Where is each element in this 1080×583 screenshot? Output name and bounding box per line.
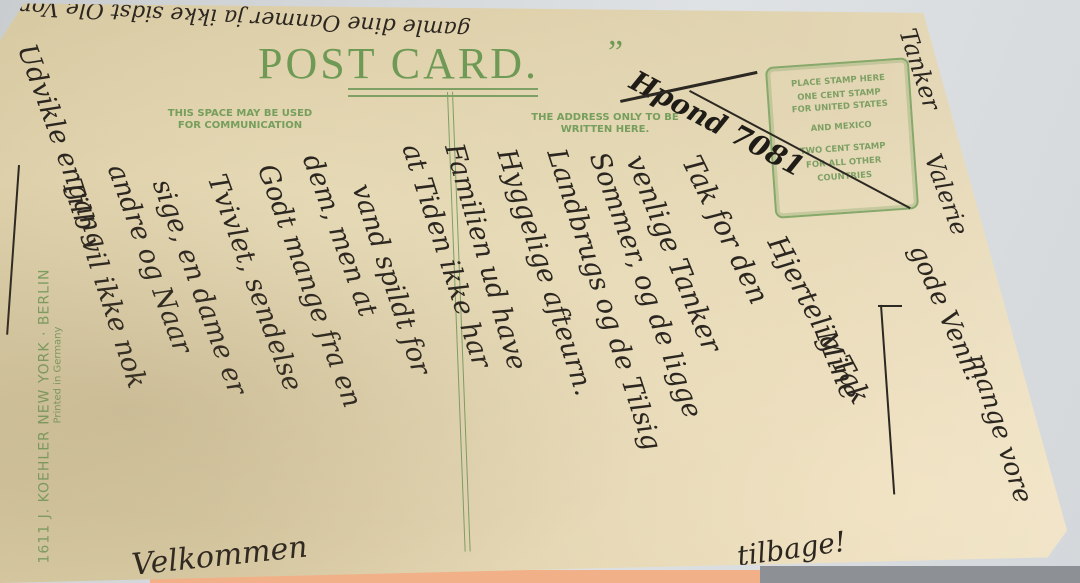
handwriting-body-line: Tilb vil ikke nok (56, 175, 153, 392)
communication-label: THIS SPACE MAY BE USED FOR COMMUNICATION (115, 108, 365, 132)
pen-stroke (689, 90, 911, 209)
handwriting-greeting: Mine (809, 325, 867, 404)
handwriting-body-line: Sommer, og de ligge (583, 148, 708, 422)
handwriting-body-line: sige, en dame er (146, 175, 253, 399)
pen-stroke (880, 305, 895, 495)
publisher-imprint: 1611 J. KOEHLER NEW YORK · BERLIN Printe… (37, 124, 64, 564)
handwriting-body-line: Godt mange fra en (251, 160, 368, 412)
gray-object-edge (760, 566, 1080, 583)
title-double-rule (348, 88, 538, 97)
handwriting-body-line: Hyggelige afteurn. (491, 145, 600, 400)
handwriting-body-line: venlige Tanker (619, 150, 728, 357)
pen-stroke (620, 71, 758, 103)
handwriting-body-line: at Tiden ikke har (396, 140, 498, 372)
handwriting-bottom-line: Velkommen (130, 530, 309, 583)
postcard: POST CARD. ” THIS SPACE MAY BE USED FOR … (0, 0, 1080, 583)
handwriting-body-line: vand spildt for (346, 180, 437, 379)
pen-stroke (6, 165, 20, 335)
handwriting-body-line: Tak for den (675, 150, 775, 309)
address-label: THE ADDRESS ONLY TO BE WRITTEN HERE. (490, 112, 720, 136)
handwriting-body-line: dem, men at (296, 150, 383, 321)
stamp-box: PLACE STAMP HERE ONE CENT STAMP FOR UNIT… (765, 57, 919, 219)
handwriting-stamp-note: Hpond 7081 (625, 64, 810, 183)
title-quote-mark: ” (608, 34, 623, 72)
postcard-title: POST CARD. (258, 38, 539, 89)
handwriting-body-line: andre og Naar (101, 160, 198, 358)
handwriting-body-line: Familien ud have (438, 140, 532, 374)
handwriting-thanks: Hjertelig Tak (761, 230, 877, 410)
handwriting-margin-4: gode Venn! (903, 240, 991, 388)
handwriting-body-line: Landbrugs og de Tilsig (541, 145, 668, 454)
handwriting-body-line: Udvikle engang (11, 40, 114, 253)
pen-stroke (878, 305, 902, 307)
center-divider-line (447, 92, 471, 552)
handwriting-body-line: Tvivlet, sendelse (201, 170, 308, 396)
